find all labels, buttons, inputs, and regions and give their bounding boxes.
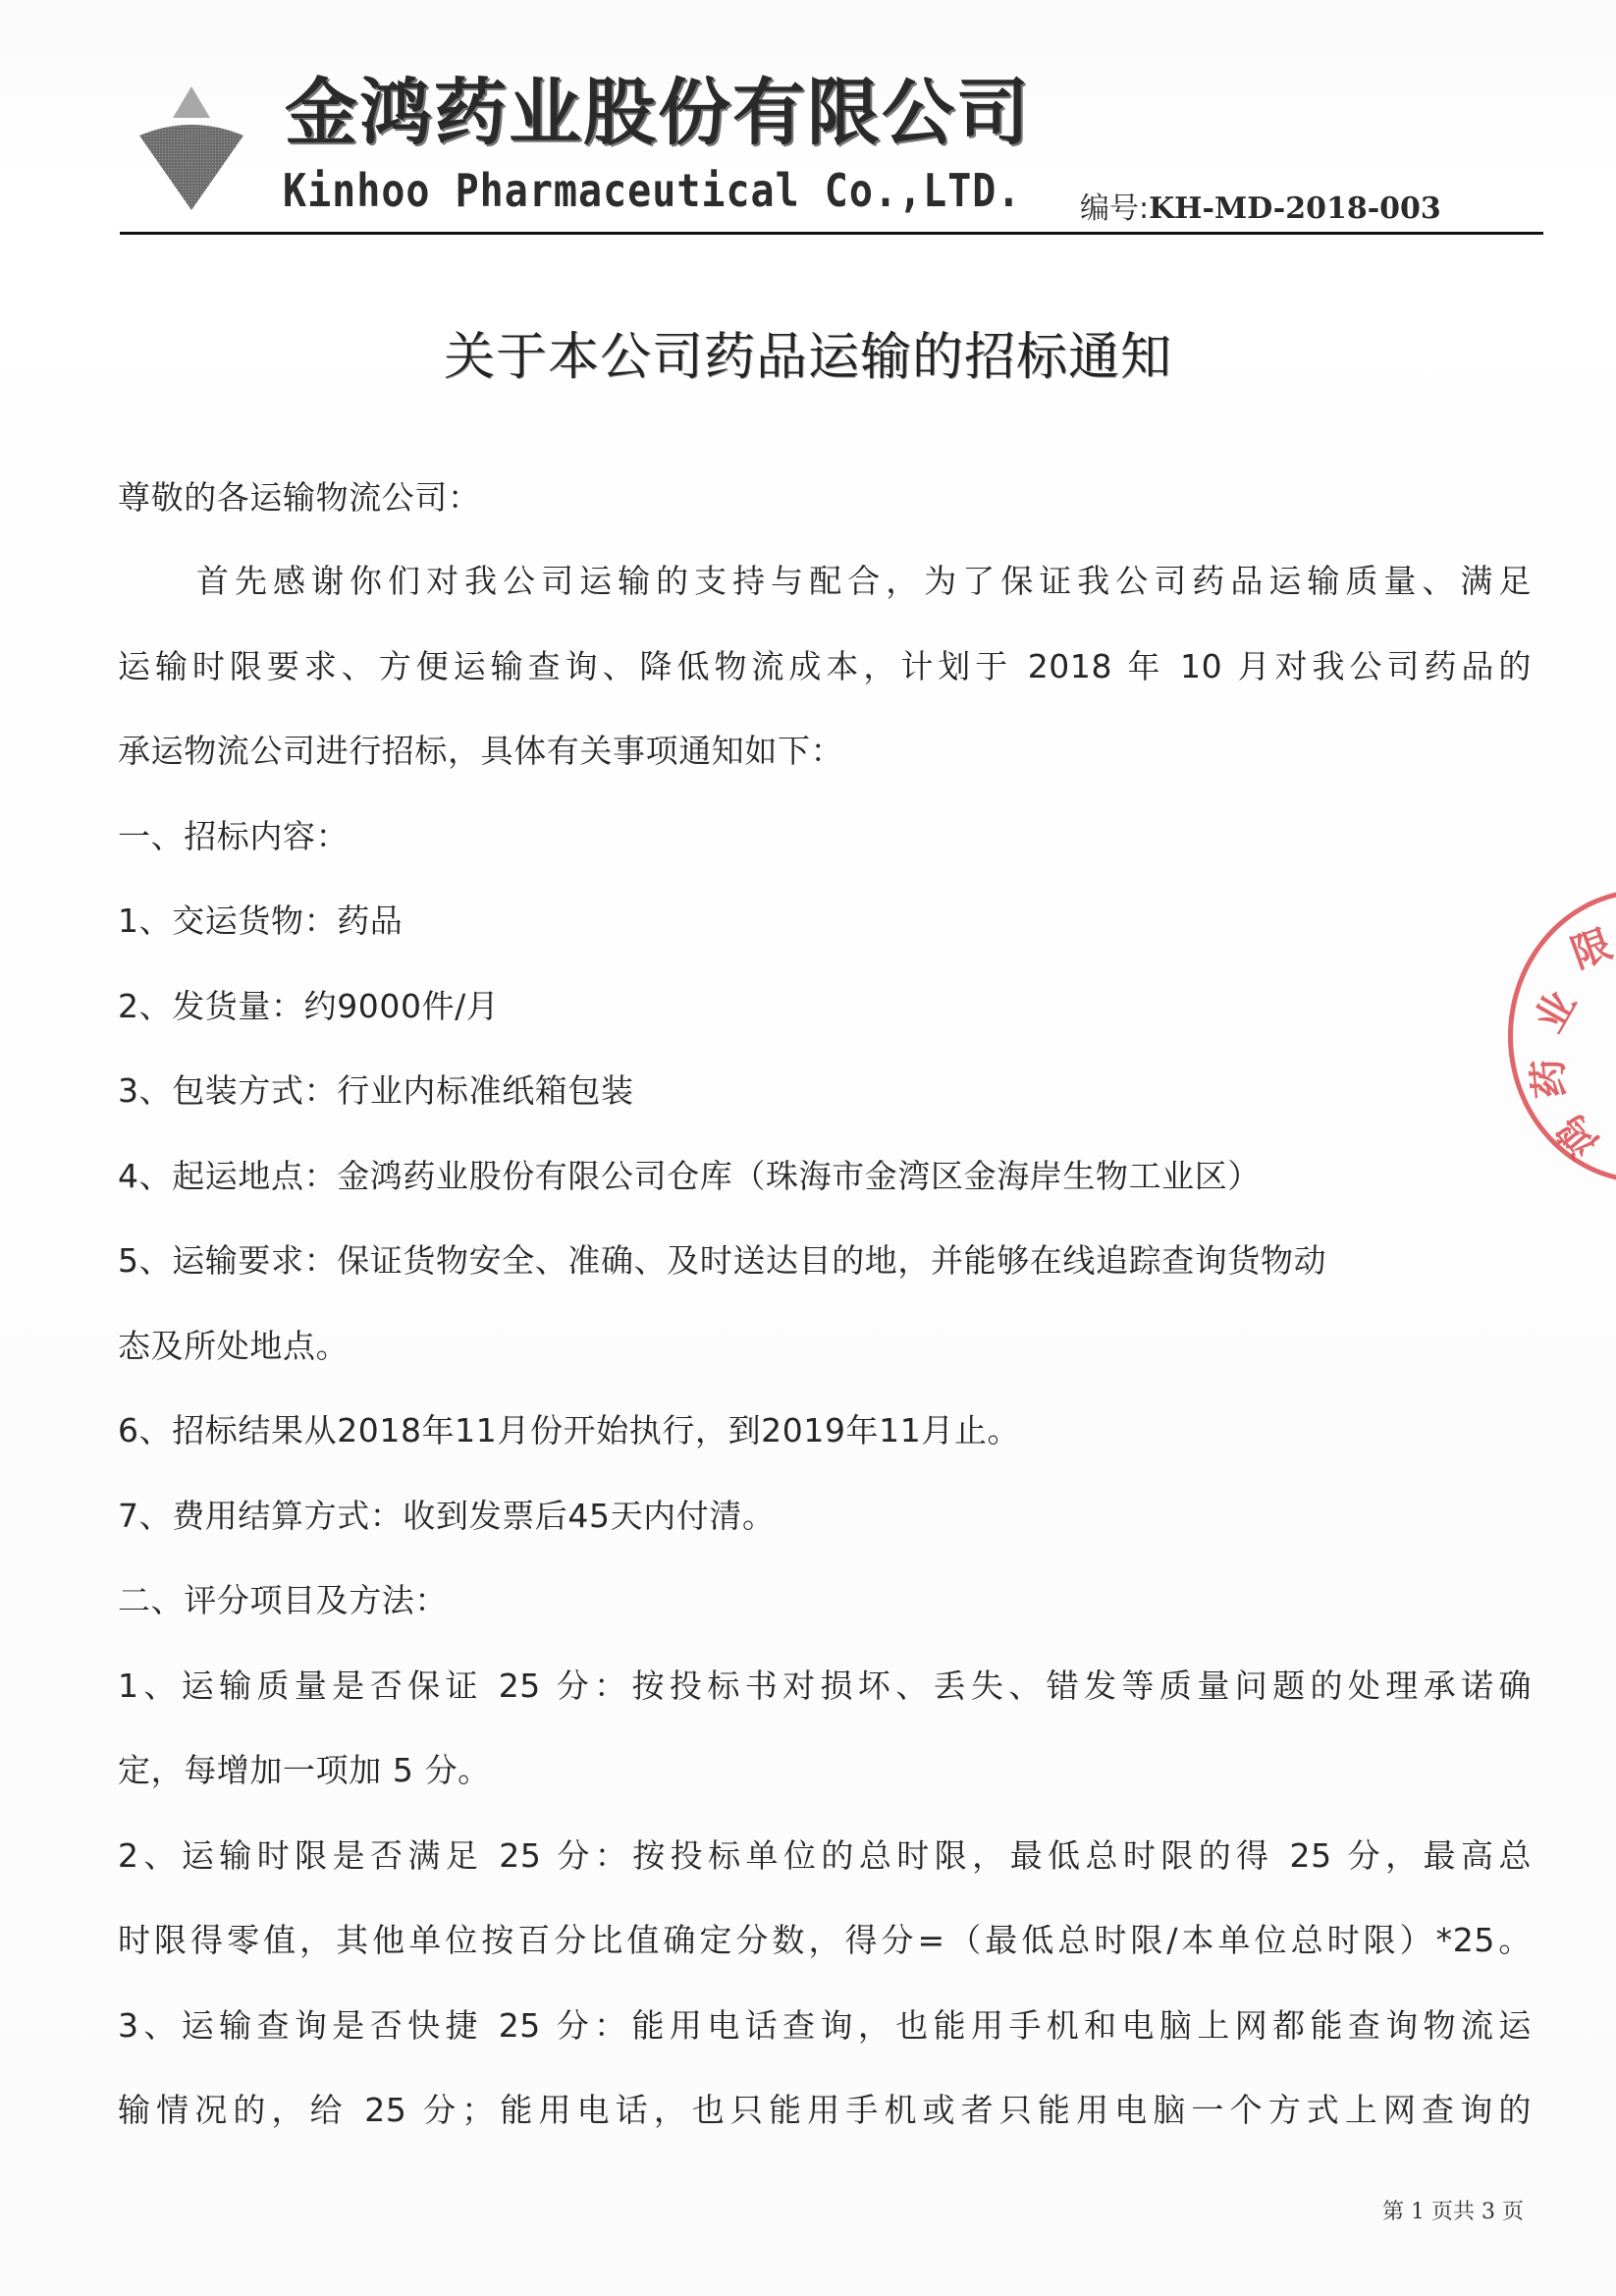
document-number-value: KH-MD-2018-003 [1149,191,1441,226]
page-number: 第 1 页共 3 页 [1382,2202,1524,2223]
document-number-label: 编号: [1080,191,1149,226]
list-item: 3、包装方式：行业内标准纸箱包装 [118,1074,634,1107]
intro-line: 承运物流公司进行招标，具体有关事项通知如下： [118,735,843,767]
document-title: 关于本公司药品运输的招标通知 [0,332,1616,383]
company-name-cn: 金鸿药业股份有限公司 [285,77,1031,149]
company-logo-icon [137,84,245,212]
intro-line: 首先感谢你们对我公司运输的支持与配合，为了保证我公司药品运输质量、满足 [196,565,1532,597]
list-item: 态及所处地点。 [118,1330,349,1362]
list-item: 2、运输时限是否满足 25 分：按投标单位的总时限，最低总时限的得 25 分，最… [118,1839,1532,1872]
list-item: 5、运输要求：保证货物安全、准确、及时送达目的地，并能够在线追踪查询货物动 [118,1244,1326,1277]
salutation: 尊敬的各运输物流公司： [118,481,481,514]
list-item: 4、起运地点：金鸿药业股份有限公司仓库（珠海市金湾区金海岸生物工业区） [118,1160,1261,1192]
company-name-en: Kinhoo Pharmaceutical Co.,LTD. [283,169,1021,214]
list-item: 2、发货量：约9000件/月 [118,990,500,1022]
document-number: 编号:KH-MD-2018-003 [1080,194,1441,224]
seal-char: 药 [1517,1057,1576,1101]
list-item: 1、交运货物：药品 [118,904,403,937]
document-page: 金鸿药业股份有限公司 Kinhoo Pharmaceutical Co.,LTD… [0,0,1616,2296]
list-item: 1、运输质量是否保证 25 分：按投标书对损坏、丢失、错发等质量问题的处理承诺确 [118,1669,1532,1702]
list-item: 6、招标结果从2018年11月份开始执行，到2019年11月止。 [118,1414,1020,1447]
list-item: 定，每增加一项加 5 分。 [118,1754,491,1786]
list-item: 输情况的，给 25 分；能用电话，也只能用手机或者只能用电脑一个方式上网查询的 [118,2094,1532,2126]
list-item: 时限得零值，其他单位按百分比值确定分数，得分=（最低总时限/本单位总时限）*25… [118,1924,1532,1956]
list-item: 3、运输查询是否快捷 25 分：能用电话查询，也能用手机和电脑上网都能查询物流运 [118,2009,1532,2042]
section-heading: 二、评分项目及方法： [118,1584,448,1616]
list-item: 7、费用结算方式：收到发票后45天内付清。 [118,1500,776,1532]
intro-line: 运输时限要求、方便运输查询、降低物流成本，计划于 2018 年 10 月对我公司… [118,650,1532,683]
section-heading: 一、招标内容： [118,820,349,852]
header-divider [120,232,1543,235]
